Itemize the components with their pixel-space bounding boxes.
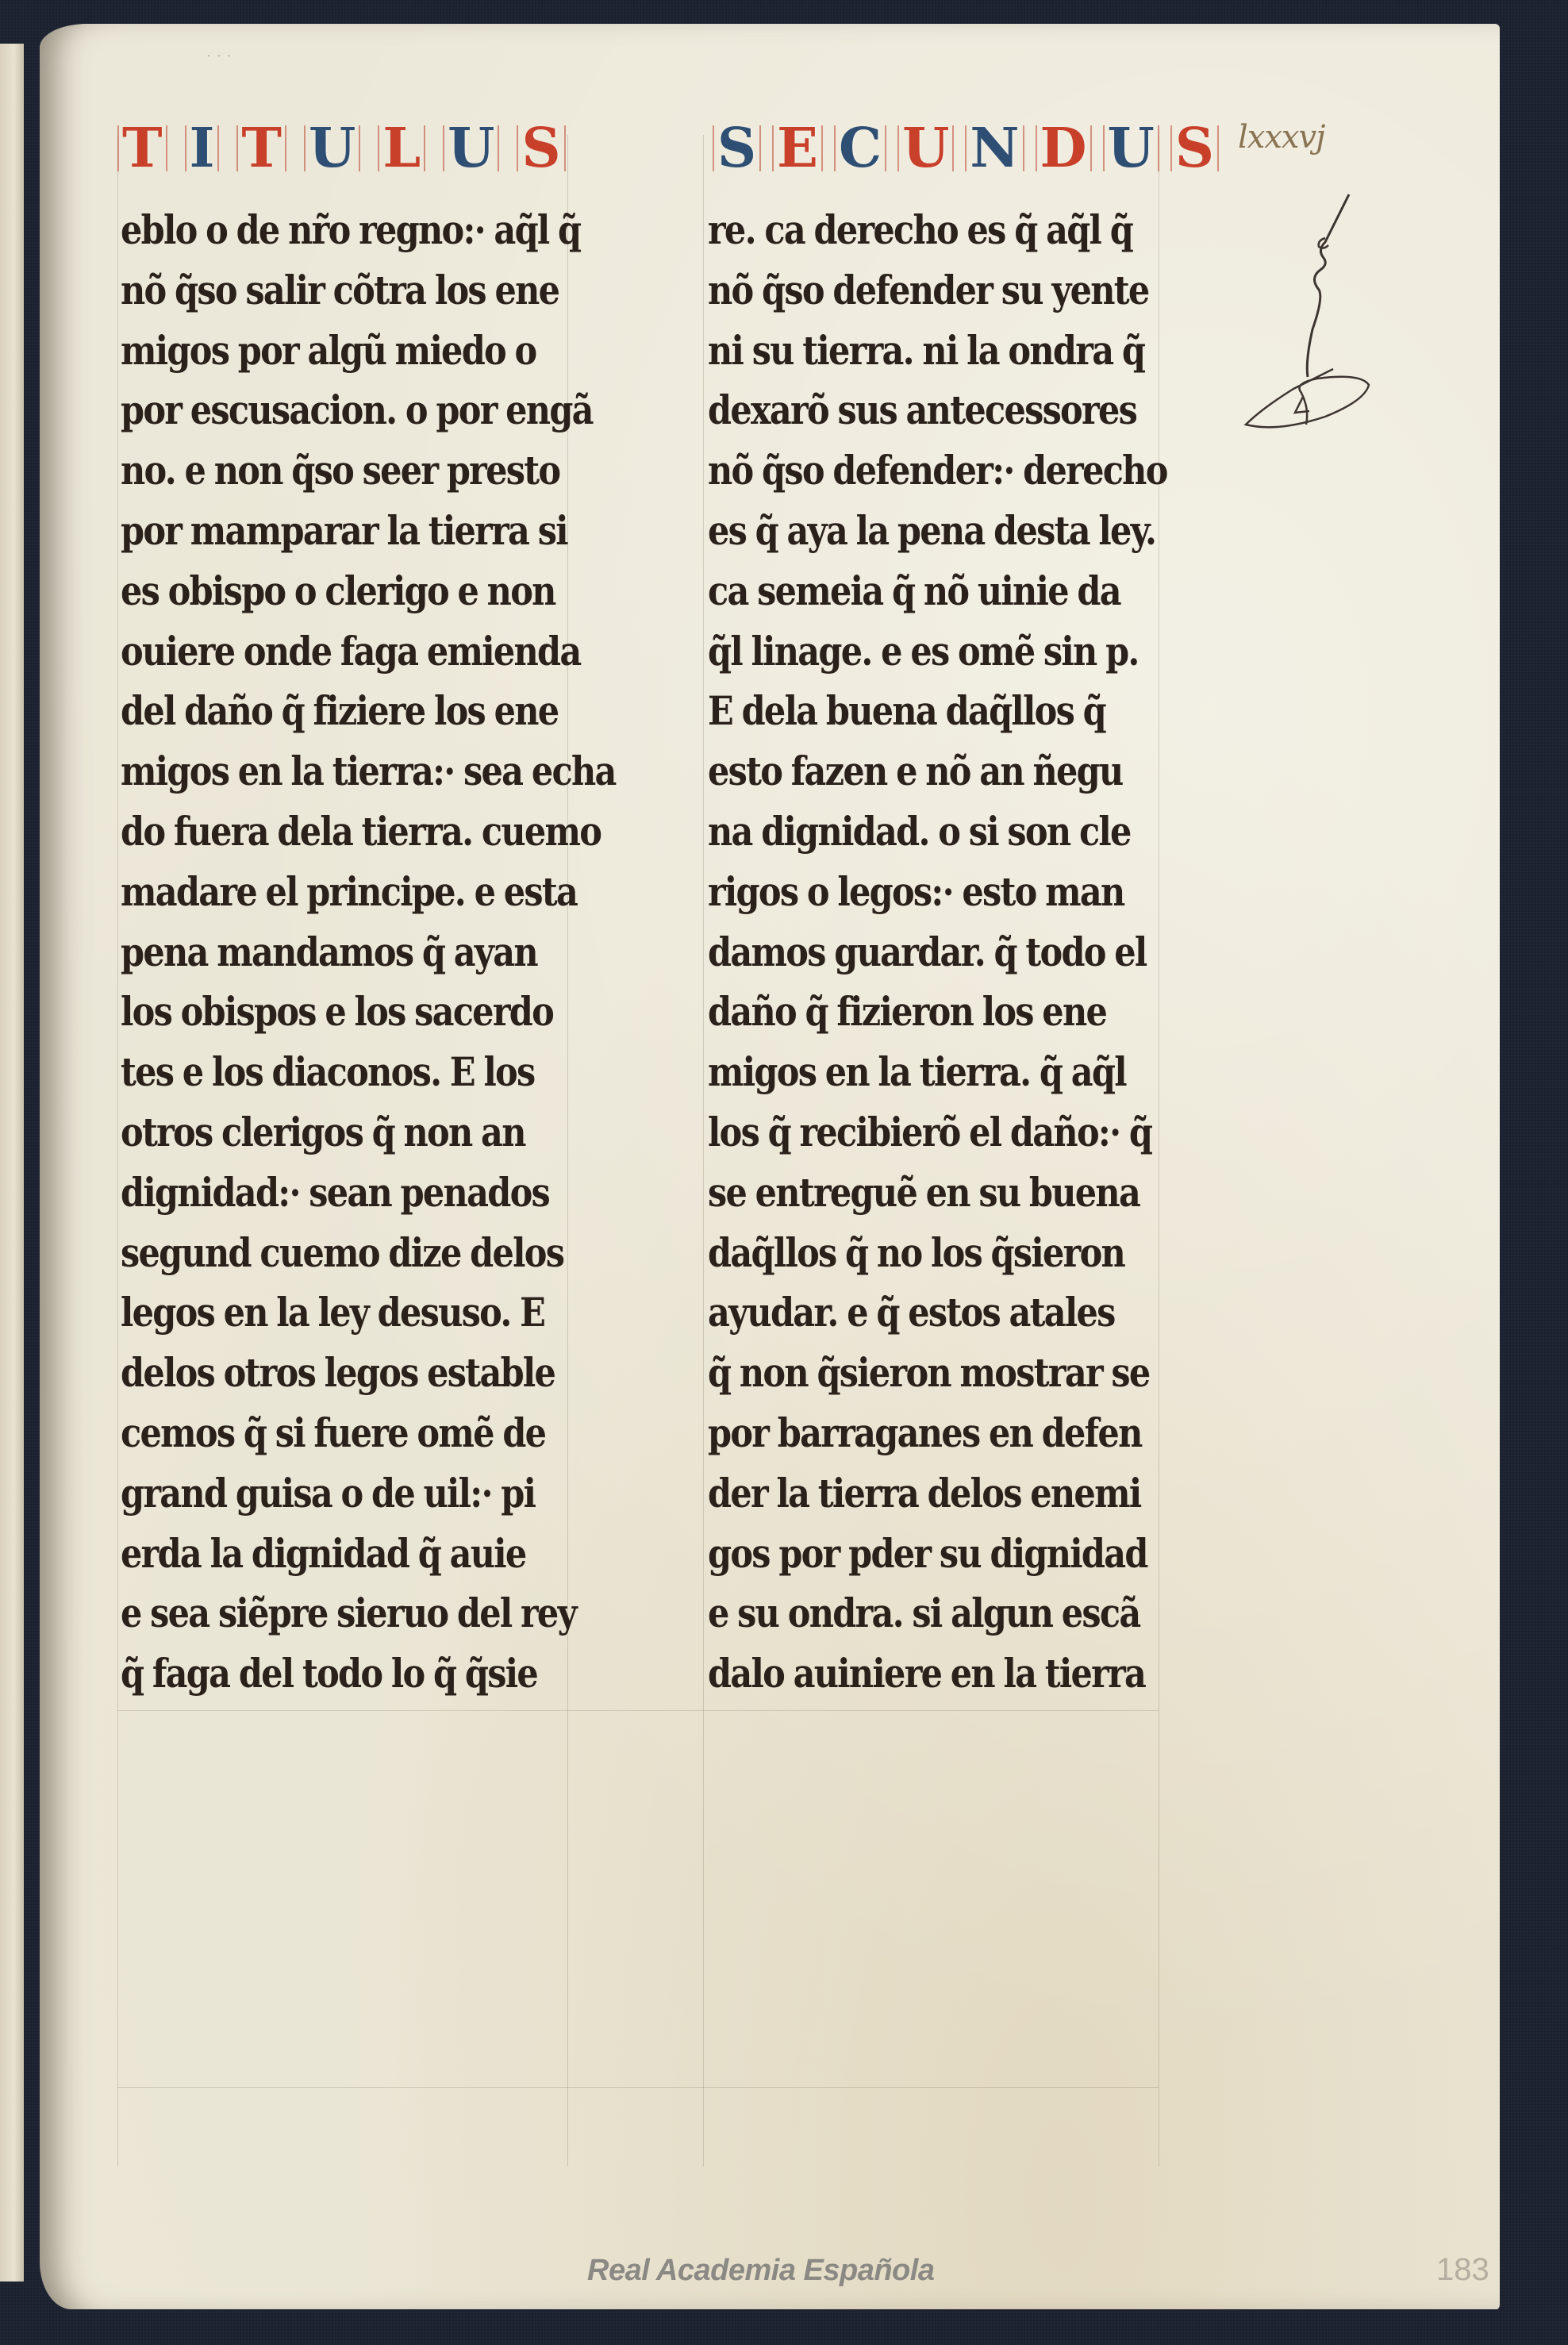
text-line: es obispo o clerigo e non [121,561,530,621]
text-line: por barraganes en defen [708,1403,1117,1463]
text-line: daño q̃ fizieron los ene [708,982,1117,1042]
text-line: migos en la tierra. q̃ aq̃l [708,1042,1117,1102]
paragraph-flourish-icon [1230,171,1389,440]
marginal-folio-note: lxxxvj [1238,119,1324,156]
rubric-letter: U [304,119,360,178]
text-line: tes e los diaconos. E los [121,1042,530,1102]
text-line: e su ondra. si algun escã [708,1583,1117,1643]
text-line: ouiere onde faga emienda [121,621,530,682]
watermark-text: Real Academia Española [587,2254,934,2288]
ruling-line [117,1710,1159,1711]
text-line: por escusacion. o por engã [121,380,530,440]
text-line: e sea siẽpre sieruo del rey [121,1583,530,1643]
text-line: dalo auiniere en la tierra [708,1643,1117,1704]
text-line: daq̃llos q̃ no los q̃sieron [708,1223,1117,1283]
text-line: ayudar. e q̃ estos atales [708,1282,1117,1343]
text-line: cemos q̃ si fuere omẽ de [121,1403,530,1463]
text-line: pena mandamos q̃ ayan [121,922,530,982]
rubric-letter: S [1170,119,1219,178]
text-line: es q̃ aya la pena desta ley. [708,501,1117,561]
text-line: re. ca derecho es q̃ aq̃l q̃ [708,200,1117,260]
text-line: madare el principe. e esta [121,862,530,922]
rubric-letter: U [1103,119,1159,178]
text-line: nõ q̃so defender:· derecho [708,440,1117,501]
text-line: esto fazen e nõ an ñegu [708,741,1117,802]
rubric-letter: C [834,119,886,178]
text-line: migos en la tierra:· sea echa [121,741,530,802]
text-line: ca semeia q̃ nõ uinie da [708,561,1117,621]
text-line: legos en la ley desuso. E [121,1282,530,1343]
folio-number: 183 [1436,2252,1489,2288]
previous-leaf-edge [0,44,24,2282]
text-line: otros clerigos q̃ non an [121,1102,530,1163]
rubric-letter: E [772,119,823,178]
rubric-letter: N [965,119,1024,178]
text-line: q̃l linage. e es omẽ sin p. [708,621,1117,682]
text-line: ni su tierra. ni la ondra q̃ [708,321,1117,381]
text-line: q̃ non q̃sieron mostrar se [708,1343,1117,1403]
text-line: q̃ faga del todo lo q̃ q̃sie [121,1643,530,1704]
rubric-letter: T [117,119,167,178]
text-line: eblo o de nr̃o regno:· aq̃l q̃ [121,200,530,260]
rubric-letter: L [378,119,425,178]
text-line: der la tierra delos enemi [708,1463,1117,1524]
text-line: do fuera dela tierra. cuemo [121,802,530,862]
text-line: nõ q̃so salir cõtra los ene [121,260,530,321]
text-line: se entreguẽ en su buena [708,1163,1117,1223]
text-line: por mamparar la tierra si [121,501,530,561]
rubric-letter: I [185,119,220,178]
faint-offset-text: · · · [206,46,232,65]
ruling-line [703,135,704,2166]
rubric-heading-right: S E C U N D U S [713,119,1219,178]
text-line: grand guisa o de uil:· pi [121,1463,530,1524]
text-line: dexarõ sus antecessores [708,380,1117,440]
text-line: gos por pder su dignidad [708,1524,1117,1584]
text-column-right: re. ca derecho es q̃ aq̃l q̃ nõ q̃so def… [708,200,1184,1704]
text-line: migos por algũ miedo o [121,321,530,381]
ruling-line [117,2087,1159,2088]
text-line: segund cuemo dize delos [121,1223,530,1283]
rubric-letter: S [517,119,565,178]
rubric-letter: S [713,119,761,178]
text-line: no. e non q̃so seer presto [121,440,530,501]
ruling-line [117,135,118,2166]
text-line: los q̃ recibierõ el daño:· q̃ [708,1102,1117,1163]
text-line: E dela buena daq̃llos q̃ [708,681,1117,741]
text-line: nõ q̃so defender su yente [708,260,1117,321]
rubric-letter: T [236,119,286,178]
text-column-left: eblo o de nr̃o regno:· aq̃l q̃ nõ q̃so s… [121,200,597,1704]
text-line: rigos o legos:· esto man [708,862,1117,922]
text-line: erda la dignidad q̃ auie [121,1524,530,1584]
text-line: los obispos e los sacerdo [121,982,530,1042]
rubric-letter: U [897,119,954,178]
rubric-heading-left: T I T U L U S [117,119,566,178]
rubric-letter: U [443,119,499,178]
text-line: dignidad:· sean penados [121,1163,530,1223]
rubric-letter: D [1036,119,1092,178]
text-line: del daño q̃ fiziere los ene [121,681,530,741]
text-line: damos guardar. q̃ todo el [708,922,1117,982]
text-line: delos otros legos estable [121,1343,530,1403]
text-line: na dignidad. o si son cle [708,802,1117,862]
